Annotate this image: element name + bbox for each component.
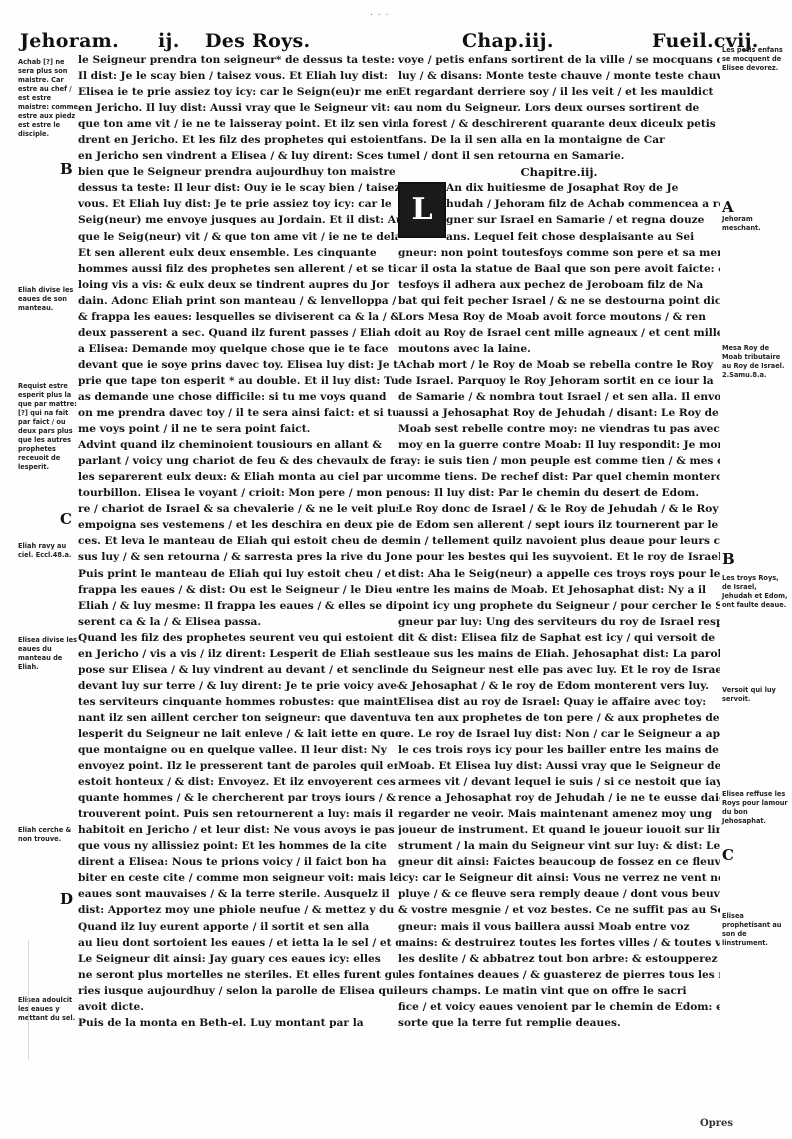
text-line: pluye / & ce fleuve sera remply deaue / … [398,886,720,902]
text-line: que le Seig(neur) vit / & que ton ame vi… [78,229,398,245]
text-line: en Jericho. Il luy dist: Aussi vray que … [78,100,398,116]
text-line: re / chariot de Israel & sa chevalerie /… [78,501,398,517]
text-line: que vous ny allissiez point: Et les homm… [78,838,398,854]
section-letter: B [60,160,73,178]
text-line: deux passerent a sec. Quand ilz furent p… [78,325,398,341]
book-page: . . . Jehoram. ij. Des Roys. Chap.iij. F… [0,0,792,1139]
text-line: dessus ta teste: Il leur dist: Ouy ie le… [78,180,398,196]
text-line: de Edom sen allerent / sept iours ilz to… [398,517,720,533]
text-line: fans. De la il sen alla en la montaigne … [398,132,720,148]
gutter-shadow [28,940,29,1060]
text-line: Seig(neur) me envoye jusques au Jordain.… [78,212,398,228]
text-line: fice / et voicy eaues venoient par le ch… [398,999,720,1015]
text-line: point icy ung prophete du Seigneur / pou… [398,598,720,614]
section-letter: B [722,550,735,568]
text-line: sorte que la terre fut remplie deaues. [398,1015,720,1031]
text-line: dain. Adonc Eliah print son manteau / & … [78,293,398,309]
text-line: regarder ne veoir. Mais maintenant amene… [398,806,720,822]
text-line: voye / petis enfans sortirent de la vill… [398,52,720,68]
section-letter: A [722,198,734,216]
margin-note: Elisea adoulcit les eaues y mettant du s… [18,996,78,1023]
text-line: Puis print le manteau de Eliah qui luy e… [78,566,398,582]
text-line: envoyez point. Ilz le presserent tant de… [78,758,398,774]
margin-note: Achab [?] ne sera plus son maistre. Car … [18,58,78,139]
margin-note: Versoit qui luy servoit. [722,686,788,704]
text-line: a Elisea: Demande moy quelque chose que … [78,341,398,357]
text-line: nous: Il luy dist: Par le chemin du dese… [398,485,720,501]
dropcap-letter: L [411,202,432,218]
text-line: mains: & destruirez toutes les fortes vi… [398,935,720,951]
text-line: icy: car le Seigneur dit ainsi: Vous ne … [398,870,720,886]
text-line: Quand ilz luy eurent apporte / il sortit… [78,919,398,935]
text-line: hudah / Jehoram filz de Achab commencea … [398,196,720,212]
text-line: bat qui feit pecher Israel / & ne se des… [398,293,720,309]
text-line: Le Roy donc de Israel / & le Roy de Jehu… [398,501,720,517]
text-line: prie que tape ton esperit * au double. E… [78,373,398,389]
text-line: on me prendra davec toy / il te sera ain… [78,405,398,421]
text-line: les deslite / & abbatrez tout bon arbre:… [398,951,720,967]
text-line: Moab. Et Elisea luy dist: Aussi vray que… [398,758,720,774]
catchword: Opres [700,1118,733,1129]
text-line: & Jehosaphat / & le roy de Edom monteren… [398,678,720,694]
right-column-continuation: voye / petis enfans sortirent de la vill… [398,52,720,164]
text-line: trouverent point. Puis sen retournerent … [78,806,398,822]
text-line: parlant / voicy ung chariot de feu & des… [78,453,398,469]
text-line: de Samarie / & nombra tout Israel / et s… [398,389,720,405]
text-line: Il dist: Je le scay bien / taisez vous. … [78,68,398,84]
text-line: gner sur Israel en Samarie / et regna do… [398,212,720,228]
text-line: me voys point / il ne te sera point faic… [78,421,398,437]
text-line: empoigna ses vestemens / et les deschira… [78,517,398,533]
text-line: les separerent eulx deux: & Eliah monta … [78,469,398,485]
text-line: Elisea ie te prie assiez toy icy: car le… [78,84,398,100]
text-line: serent ca & la / & Elisea passa. [78,614,398,630]
text-line: la forest / & deschirerent quarante deux… [398,116,720,132]
chapter-text: An dix huitiesme de Josaphat Roy de Jehu… [398,180,720,1030]
margin-note: Eliah ravy au ciel. Eccl.48.a. [18,542,78,560]
text-line: luy / & disans: Monte teste chauve / mon… [398,68,720,84]
text-line: min / tellement quilz navoient plus deau… [398,533,720,549]
text-line: que montaigne ou en quelque vallee. Il l… [78,742,398,758]
margin-note: Elisea prophetisant au son de linstrumen… [722,912,788,948]
text-line: ces. Et leva le manteau de Eliah qui est… [78,533,398,549]
text-line: dist: Aha le Seig(neur) a appelle ces tr… [398,566,720,582]
left-text-column: le Seigneur prendra ton seigneur* de des… [78,52,398,1031]
text-line: que ton ame vit / ie ne te laisseray poi… [78,116,398,132]
text-line: strument / la main du Seigneur vint sur … [398,838,720,854]
text-line: avoit dicte. [78,999,398,1015]
text-line: Et sen allerent eulx deux ensemble. Les … [78,245,398,261]
text-line: aussi a Jehosaphat Roy de Jehudah / disa… [398,405,720,421]
text-line: gneur: non point toutesfoys comme son pe… [398,245,720,261]
text-line: gneur dit ainsi: Faictes beaucoup de fos… [398,854,720,870]
text-line: devant luy sur terre / & luy dirent: Je … [78,678,398,694]
text-line: dirent a Elisea: Nous te prions voicy / … [78,854,398,870]
text-line: comme tiens. De rechef dist: Par quel ch… [398,469,720,485]
text-line: nant ilz sen aillent cercher ton seigneu… [78,710,398,726]
text-line: entre les mains de Moab. Et Jehosaphat d… [398,582,720,598]
running-title: Jehoram. [20,30,119,52]
text-line: le du Seigneur nest elle pas avec luy. E… [398,662,720,678]
section-letter: D [60,890,73,908]
text-line: biter en ceste cite / comme mon seigneur… [78,870,398,886]
text-line: habitoit en Jericho / et leur dist: Ne v… [78,822,398,838]
text-line: Lors Mesa Roy de Moab avoit force mouton… [398,309,720,325]
text-line: moy en la guerre contre Moab: Il luy res… [398,437,720,453]
section-letter: C [60,510,72,528]
text-line: ne seront plus mortelles ne steriles. Et… [78,967,398,983]
text-line: loing vis a vis: & eulx deux se tindrent… [78,277,398,293]
margin-note: Jehoram meschant. [722,215,788,233]
text-line: & frappa les eaues: lesquelles se divise… [78,309,398,325]
text-line: gneur par luy: Ung des serviteurs du roy… [398,614,720,630]
right-text-column: voye / petis enfans sortirent de la vill… [398,52,720,1031]
text-line: au nom du Seigneur. Lors deux ourses sor… [398,100,720,116]
text-line: tes serviteurs cinquante hommes robustes… [78,694,398,710]
text-line: devant que ie soye prins davec toy. Elis… [78,357,398,373]
text-line: doit au Roy de Israel cent mille agneaux… [398,325,720,341]
text-line: en Jericho / vis a vis / ilz dirent: Les… [78,646,398,662]
text-line: An dix huitiesme de Josaphat Roy de Je [398,180,720,196]
text-line: vous. Et Eliah luy dist: Je te prie assi… [78,196,398,212]
text-line: va ten aux prophetes de ton pere / & aux… [398,710,720,726]
text-line: Quand les filz des prophetes seurent veu… [78,630,398,646]
top-mark: . . . [370,8,389,18]
margin-note: Elisea reffuse les Roys pour lamour du b… [722,790,788,826]
text-line: re. Le roy de Israel luy dist: Non / car… [398,726,720,742]
text-line: Achab mort / le Roy de Moab se rebella c… [398,357,720,373]
text-line: hommes aussi filz des prophetes sen alle… [78,261,398,277]
text-line: as demande une chose difficile: si tu me… [78,389,398,405]
margin-note: Mesa Roy de Moab tributaire au Roy de Is… [722,344,788,380]
margin-note: Eliah cerche & non trouve. [18,826,78,844]
text-line: tesfoys il adhera aux pechez de Jeroboam… [398,277,720,293]
text-line: dit & dist: Elisea filz de Saphat est ic… [398,630,720,646]
text-line: ne pour les bestes qui les suyvoient. Et… [398,549,720,565]
section-letter: C [722,846,734,864]
margin-note: Elisea divise les eaues du manteau de El… [18,636,78,672]
text-line: gneur: mais il vous baillera aussi Moab … [398,919,720,935]
text-line: dist: Apportez moy une phiole neufue / &… [78,902,398,918]
book-title: Des Roys. [205,30,310,52]
text-line: armees vit / devant lequel ie suis / si … [398,774,720,790]
text-line: tourbillon. Elisea le voyant / crioit: M… [78,485,398,501]
chapter-number: Chap.iij. [462,30,554,52]
text-line: de Israel. Parquoy le Roy Jehoram sortit… [398,373,720,389]
text-line: pose sur Elisea / & luy vindrent au deva… [78,662,398,678]
text-line: drent en Jericho. Et les filz des prophe… [78,132,398,148]
text-line: Eliah / & luy mesme: Il frappa les eaues… [78,598,398,614]
text-line: mel / dont il sen retourna en Samarie. [398,148,720,164]
margin-note: Les petis enfans se mocquent de Elisee d… [722,46,788,73]
text-line: Advint quand ilz cheminoient tousiours e… [78,437,398,453]
text-line: car il osta la statue de Baal que son pe… [398,261,720,277]
text-line: bien que le Seigneur prendra aujourdhuy … [78,164,398,180]
chapter-opening: L An dix huitiesme de Josaphat Roy de Je… [398,180,720,1030]
margin-note: Requist estre esperit plus la que par ma… [18,382,78,472]
text-line: leurs champs. Le matin vint que on offre… [398,983,720,999]
text-line: au lieu dont sortoient les eaues / et ie… [78,935,398,951]
text-line: moutons avec la laine. [398,341,720,357]
text-line: Moab sest rebelle contre moy: ne viendra… [398,421,720,437]
text-line: rence a Jehosaphat roy de Jehudah / ie n… [398,790,720,806]
text-line: Puis de la monta en Beth-el. Luy montant… [78,1015,398,1031]
text-line: le ces trois roys icy pour les bailler e… [398,742,720,758]
text-line: joueur de instrument. Et quand le joueur… [398,822,720,838]
book-number: ij. [158,30,180,52]
text-line: sus luy / & sen retourna / & sarresta pr… [78,549,398,565]
text-line: Et regardant derriere soy / il les veit … [398,84,720,100]
decorated-initial: L [398,182,446,238]
text-line: lesperit du Seigneur ne lait enleve / & … [78,726,398,742]
text-line: en Jericho sen vindrent a Elisea / & luy… [78,148,398,164]
text-line: frappa les eaues / & dist: Ou est le Sei… [78,582,398,598]
text-line: leaue sus les mains de Eliah. Jehosaphat… [398,646,720,662]
text-line: les fontaines deaues / & guasterez de pi… [398,967,720,983]
text-line: & vostre mesgnie / et voz bestes. Ce ne … [398,902,720,918]
margin-note: Les troys Roys, de Israel, Jehudah et Ed… [722,574,788,610]
text-line: estoit honteux / & dist: Envoyez. Et ilz… [78,774,398,790]
text-line: Elisea dist au roy de Israel: Quay ie af… [398,694,720,710]
text-line: le Seigneur prendra ton seigneur* de des… [78,52,398,68]
text-line: ray: ie suis tien / mon peuple est comme… [398,453,720,469]
text-line: ries iusque aujourdhuy / selon la paroll… [78,983,398,999]
running-header: Jehoram. ij. Des Roys. Chap.iij. Fueil.c… [0,30,792,54]
text-line: quante hommes / & le chercherent par tro… [78,790,398,806]
margin-note: Eliah divise les eaues de son manteau. [18,286,78,313]
text-line: Le Seigneur dit ainsi: Jay guary ces eau… [78,951,398,967]
text-line: eaues sont mauvaises / & la terre steril… [78,886,398,902]
chapter-heading: Chapitre.iij. [398,164,720,180]
text-line: ans. Lequel feit chose desplaisante au S… [398,229,720,245]
